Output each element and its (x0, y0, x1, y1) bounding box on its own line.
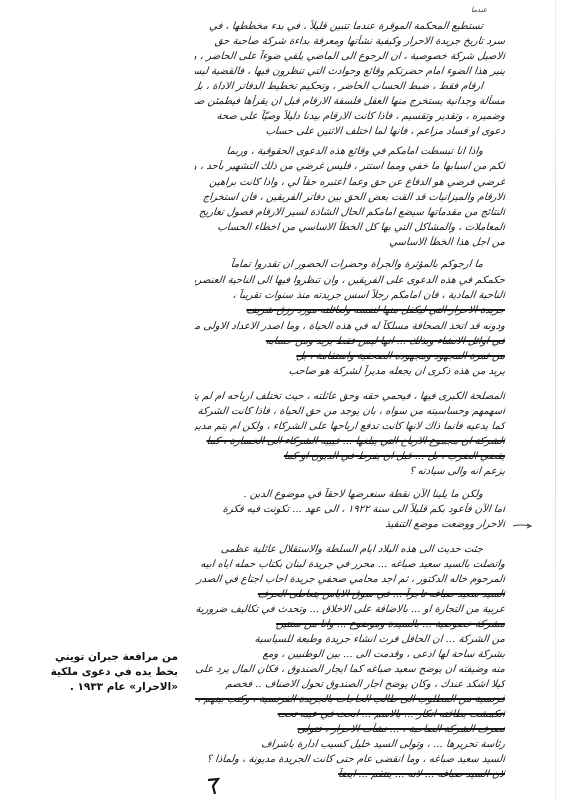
manuscript-line: وضميره ، وتقدير وتقسيم ، فاذا كانت الارق… (194, 110, 505, 123)
margin-arrow-icon (512, 522, 534, 530)
manuscript-line: يريد من هذه ذكرى ان يجعله مديراً لشركة ه… (194, 365, 505, 378)
manuscript-line: ما ارجوكم بالمؤثرة والجرأة وحضرات الحضور… (194, 258, 505, 271)
manuscript-line: اسهمهم وحساسيته من سواه ، بان يوجد من حق… (194, 405, 505, 418)
manuscript-line: انكمشت بطاقته انكار ... بالاسم ... ابحث … (194, 708, 505, 721)
manuscript-line: المصلحة الكبرى فيها ، فيحمي حقه وحق عائل… (194, 390, 505, 403)
manuscript-line: واذا انا تبسطت امامكم في وقائع هذه الدعو… (194, 145, 505, 158)
photo-caption: من مرافعة جبران تويني بخط يده في دعوى مل… (60, 650, 178, 695)
manuscript-line: الاحرار ووضعت موضع التنفيذ (254, 518, 505, 531)
manuscript-line: تصرف الشركة الصاحبة ، ... نشأت الاحرار ،… (194, 723, 505, 736)
manuscript-line: غرضي فرضي هو الدفاع عن حق وعما اعتبره حق… (194, 176, 505, 189)
manuscript-line: من الشركة ... ان الحافل فرت انشاء جريدة … (194, 633, 505, 646)
page-fold-line (555, 0, 556, 800)
manuscript-line: تستطيع المحكمة الموقرة عندما تتبين قليلا… (194, 20, 505, 33)
manuscript-line: يزعم انه والى سيادته ؟ (254, 465, 505, 478)
manuscript-line: المرحوم خاله الدكتور ، ثم اجد محامي صحفي… (194, 573, 505, 586)
manuscript-line: جريدة الاحرار التي ليكفل منها لنفسه ولعا… (194, 304, 505, 317)
manuscript-line: منه وضيفته ان يوضح سعيد صباغه كما ايجار … (194, 663, 505, 676)
manuscript-line: يقضي الضرب ، بل ... قبل ان يفرط في الديو… (194, 450, 505, 463)
manuscript-line: لكم من اسبابها ما خفي ومما استتر ، فليس … (194, 160, 505, 173)
manuscript-line: كما يدعيه فانما ذاك لانها كانت تدفع اربا… (194, 420, 505, 433)
manuscript-line: السيد سعيد صباغه تاجراً ... في سوق الايا… (194, 588, 505, 601)
manuscript-line: بشركة ساحة لها ادعى ، وقدمت الى ... بين … (194, 648, 505, 661)
manuscript-line: من اجل هذا الخطأ الاساسي (254, 236, 505, 249)
handwritten-manuscript: عندما تستطيع المحكمة الموقرة عندما تتبين… (195, 0, 505, 800)
manuscript-line: الارقام والميزانيات قد القت بعض الحق بين… (194, 191, 505, 204)
manuscript-line: ارقام فقط ، ضبط الحساب الحاضر ، وتحكيم ت… (194, 80, 505, 93)
manuscript-line: الاصيل شركة خصوصية ، ان الرجوع الى الماض… (194, 50, 505, 63)
manuscript-line: سرد تاريخ جريدة الاحرار وكيفية نشأتها وم… (194, 35, 505, 48)
manuscript-line: عربية من التجارة او ... بالاضافة على الا… (194, 603, 505, 616)
manuscript-line: النتائج من مقدماتها سيضع امامكم الحال ال… (194, 206, 505, 219)
manuscript-line: ودونه قد اتخذ الصحافة مسلكاً له في هذه ا… (194, 320, 505, 333)
manuscript-line: مسألة وجدانية يستخرج منها العقل فلسفة ال… (194, 95, 505, 108)
caption-line: بخط يده في دعوى ملكية (60, 665, 178, 680)
manuscript-line: في اوائل الانشاء وبذلك ... انها ليس فقط … (194, 335, 505, 348)
manuscript-line: لان السيد صباغه ... لانه ... ينتقم ... ا… (194, 768, 505, 781)
caption-line: «الاحرار» عام ١٩٣٣ . (60, 680, 178, 695)
manuscript-line: واتصلت بالسيد سعيد صباغه ... محرر في جري… (194, 558, 505, 571)
manuscript-line: جئت حديث الى هذه البلاد ايام السلطة والا… (194, 543, 505, 556)
caption-line: من مرافعة جبران تويني (60, 650, 178, 665)
end-flourish-icon (206, 777, 220, 795)
manuscript-line: الناحية المادية ، فان امامكم رجلاً اسس ج… (194, 289, 505, 302)
manuscript-line: حكمكم في هذه الدعوى على الفريقين ، وان ت… (194, 274, 505, 287)
manuscript-line: رئاسة تحريرها ... ، وتولى السيد خليل كسي… (194, 738, 505, 751)
manuscript-line: ولكن ما يلينا الآن نقطة سنعرضها لاحقاً ف… (194, 488, 505, 501)
manuscript-line: فرنسية من المطلوب الى طالب الحاجات بالجر… (194, 693, 505, 706)
manuscript-line: من ثمرة المجهود ومجهوده الصحفية واستقامة… (194, 350, 505, 363)
manuscript-line: دعوى او فساد مزاعم ، فانها لما اختلف الا… (254, 125, 505, 138)
manuscript-line: اما الآن فأعود بكم قليلاً الى سنة ١٩٢٢ ،… (194, 503, 505, 516)
manuscript-line: كيلا اشكد عندك ، وكان يوضح اجار الصندوق … (194, 678, 505, 691)
manuscript-line: المعاملات ، والمشاكل التي بها كل الخطأ ا… (194, 221, 505, 234)
manuscript-line: الشركة ان مجموع الارباح التي يبلغها ... … (194, 435, 505, 448)
interlinear-note: عندما (471, 6, 487, 14)
manuscript-line: ينير هذا الضوء امام حضرتكم وقائع وحوادث … (194, 65, 505, 78)
manuscript-line: مشركة خصوصية ... بالسيدة وموضوع ... وانا… (194, 618, 505, 631)
manuscript-line: السيد سعيد صباغه ، وما انقضى عام حتى كان… (194, 753, 505, 766)
